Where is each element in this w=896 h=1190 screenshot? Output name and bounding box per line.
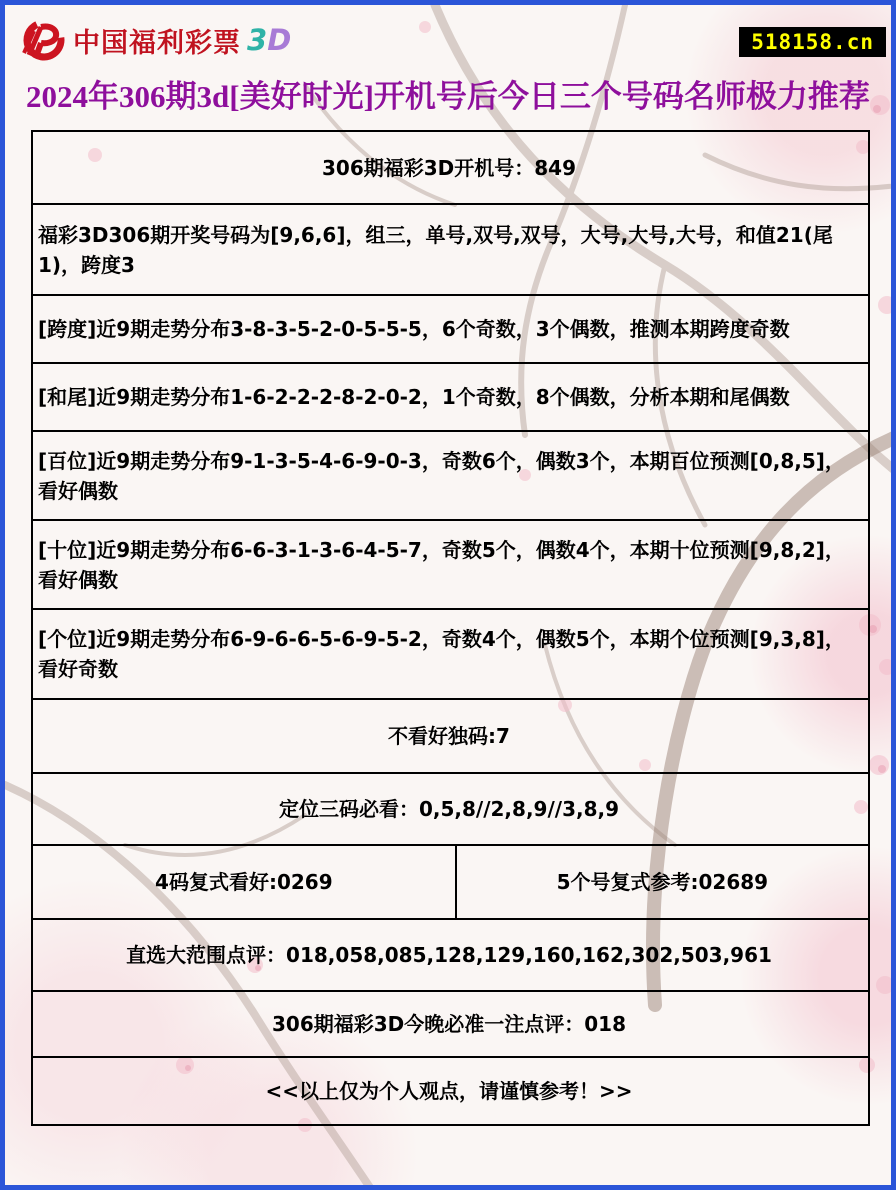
- table-row-kaijiang-result: 福彩3D306期开奖号码为[9,6,6]，组三，单号,双号,双号，大号,大号,大…: [33, 203, 868, 294]
- table-row-disclaimer: <<以上仅为个人观点，请谨慎参考！>>: [33, 1056, 868, 1124]
- table-row-fushi: 4码复式看好:0269 5个号复式参考:02689: [33, 844, 868, 918]
- site-watermark-badge: 518158.cn: [739, 27, 886, 57]
- page-title: 2024年306期3d[美好时光]开机号后今日三个号码名师极力推荐: [5, 71, 891, 116]
- table-row-duma: 不看好独码:7: [33, 698, 868, 772]
- brand-3d-label: 3D: [247, 23, 291, 57]
- table-row-shiwei-trend: [十位]近9期走势分布6-6-3-1-3-6-4-5-7，奇数5个，偶数4个，本…: [33, 519, 868, 608]
- table-cell-5ma-fushi: 5个号复式参考:02689: [455, 846, 868, 918]
- table-row-kaijihao: 306期福彩3D开机号：849: [33, 132, 868, 203]
- table-row-baiwei-trend: [百位]近9期走势分布9-1-3-5-4-6-9-0-3，奇数6个，偶数3个，本…: [33, 430, 868, 519]
- table-row-kuadu-trend: [跨度]近9期走势分布3-8-3-5-2-0-5-5-5，6个奇数，3个偶数，推…: [33, 294, 868, 362]
- table-cell-4ma-fushi: 4码复式看好:0269: [33, 846, 455, 918]
- lottery-forecast-page: { "header": { "brand": "中国福利彩票", "brand_…: [0, 0, 896, 1190]
- table-row-zhixuan-range: 直选大范围点评：018,058,085,128,129,160,162,302,…: [33, 918, 868, 990]
- china-welfare-lottery-logo-icon: [19, 17, 67, 63]
- forecast-table: 306期福彩3D开机号：849 福彩3D306期开奖号码为[9,6,6]，组三，…: [31, 130, 870, 1126]
- table-row-yizhu-dianping: 306期福彩3D今晚必准一注点评：018: [33, 990, 868, 1056]
- table-row-hewei-trend: [和尾]近9期走势分布1-6-2-2-2-8-2-0-2，1个奇数，8个偶数，分…: [33, 362, 868, 430]
- table-row-gewei-trend: [个位]近9期走势分布6-9-6-6-5-6-9-5-2，奇数4个，偶数5个，本…: [33, 608, 868, 698]
- table-row-dingwei-sanma: 定位三码必看：0,5,8//2,8,9//3,8,9: [33, 772, 868, 844]
- brand-name: 中国福利彩票: [73, 21, 241, 60]
- header: 中国福利彩票 3D 518158.cn: [19, 13, 881, 67]
